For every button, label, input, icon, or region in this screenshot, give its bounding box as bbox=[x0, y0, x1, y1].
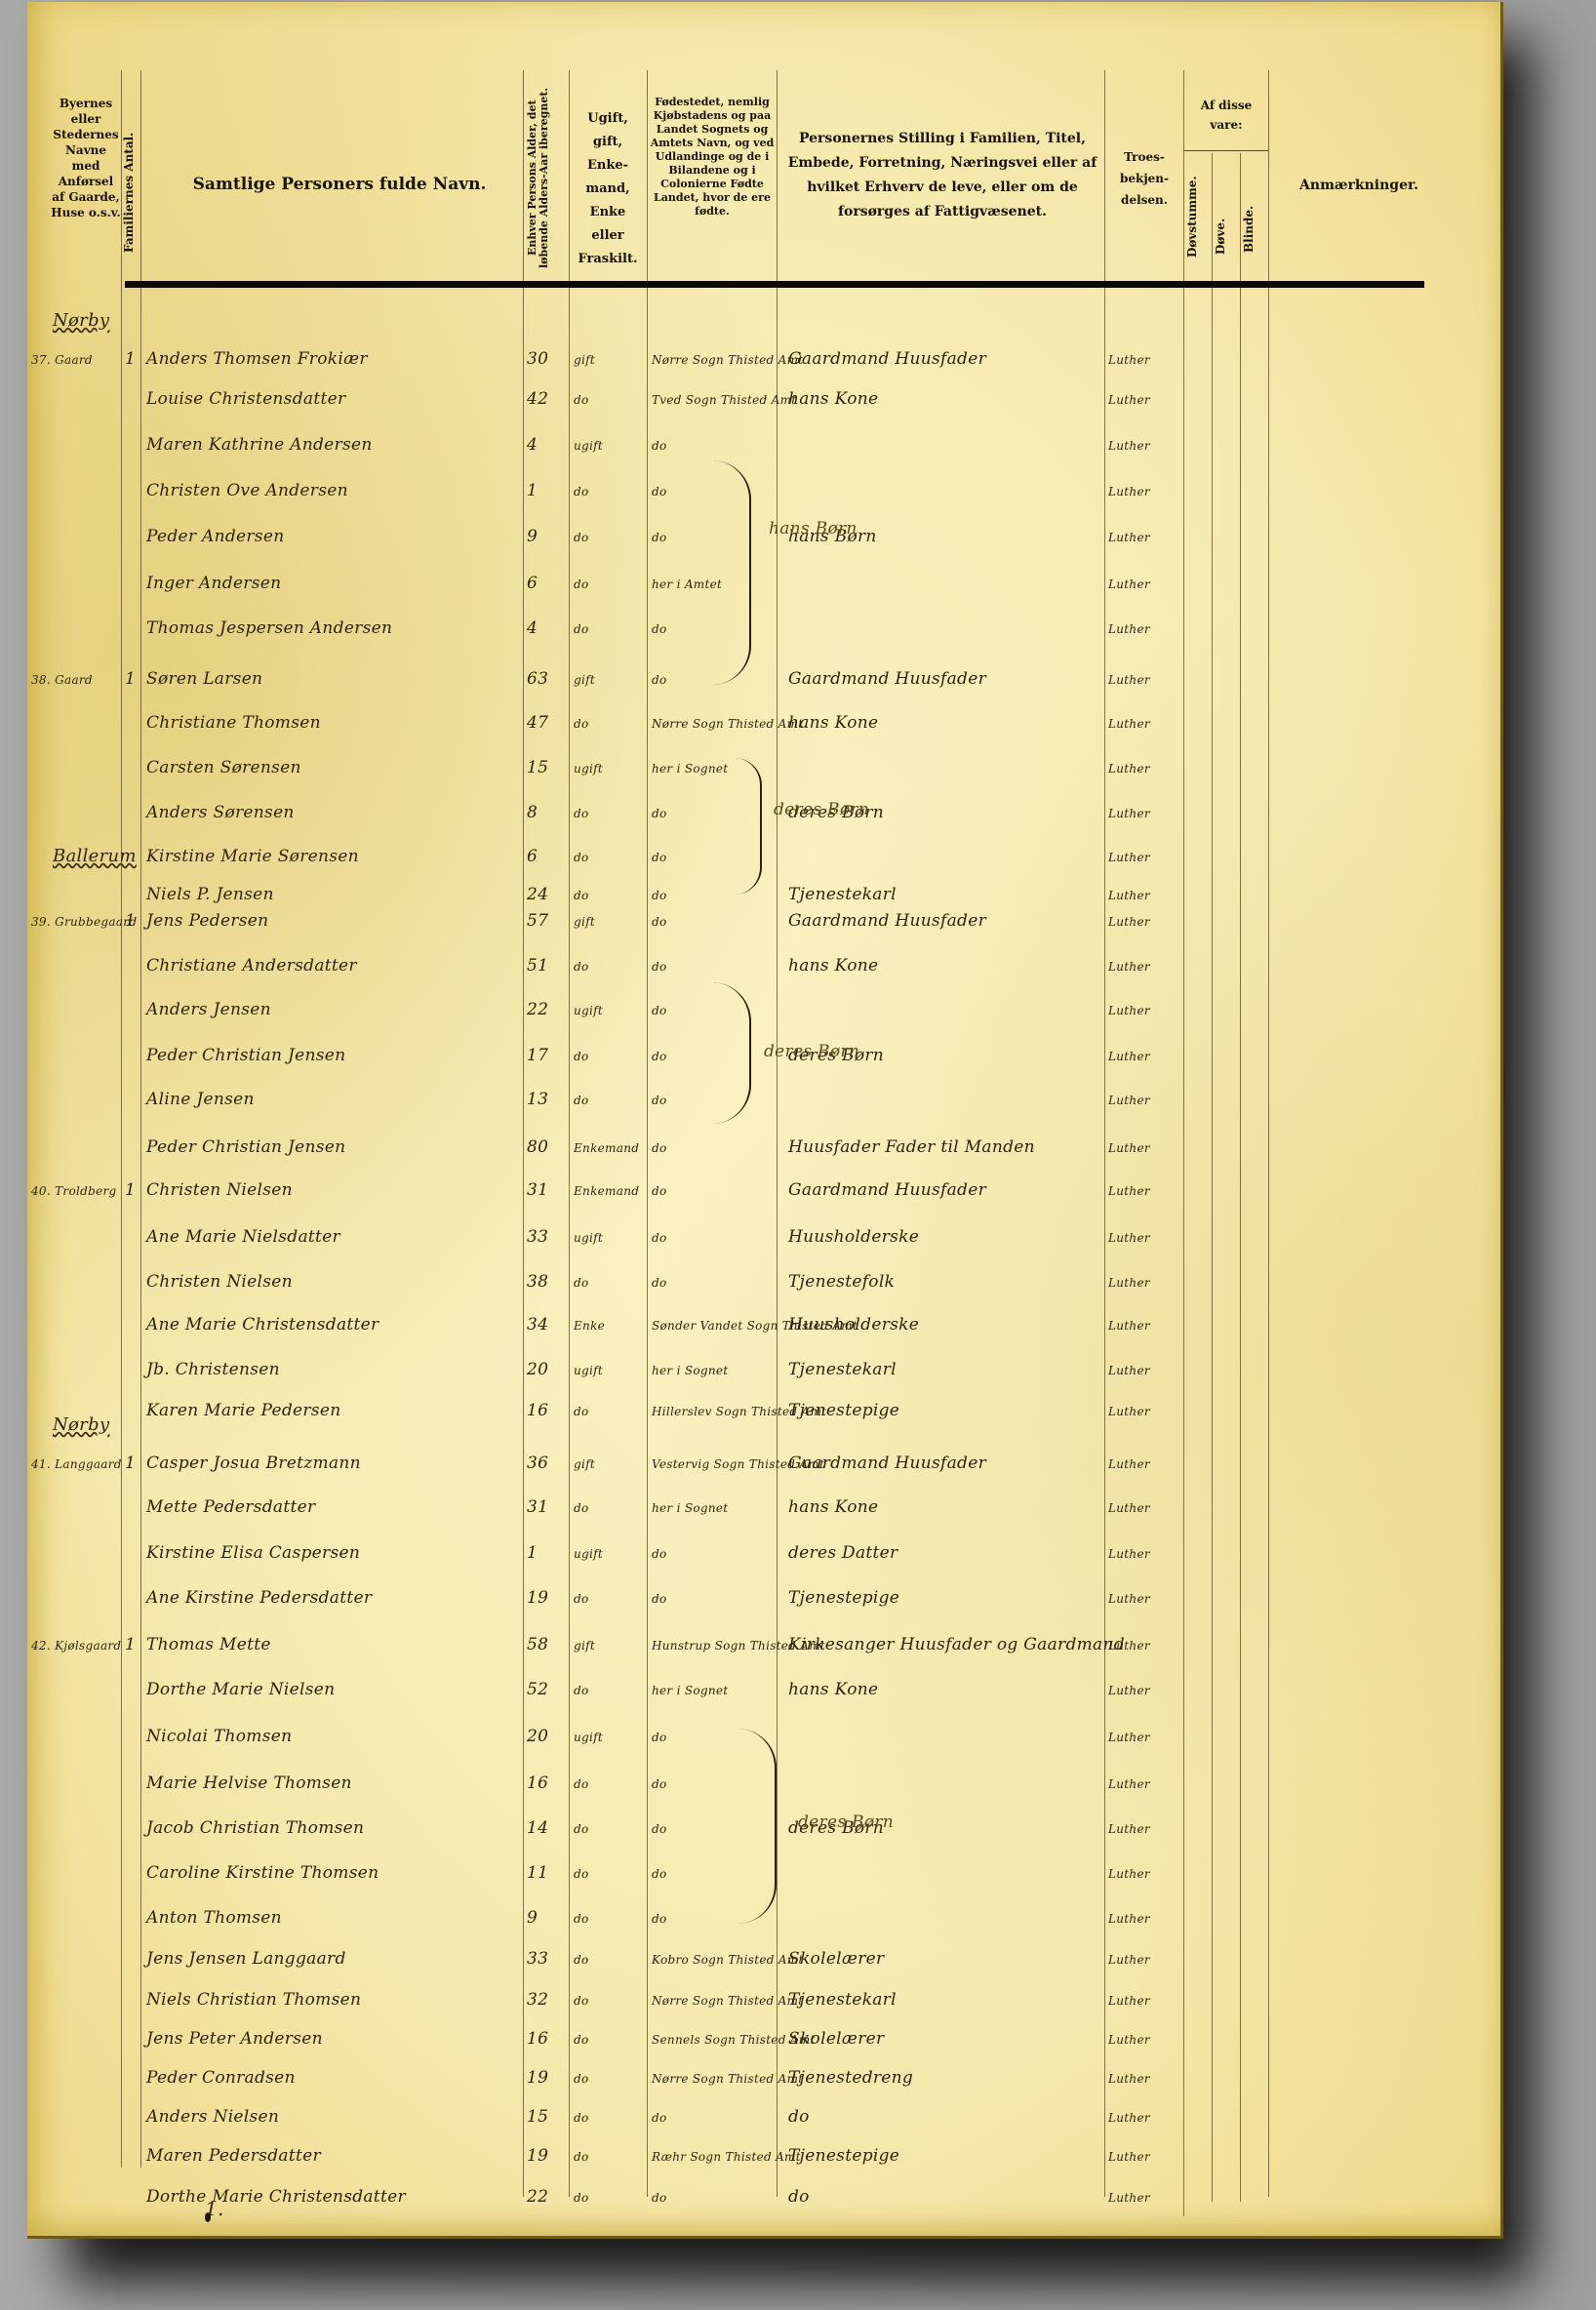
person-name: Anders Thomsen Frokiær bbox=[146, 349, 368, 369]
person-name: Dorthe Marie Christensdatter bbox=[146, 2187, 406, 2207]
marital-status: do bbox=[574, 1994, 589, 2008]
place-name: Nørby bbox=[53, 310, 109, 331]
marital-status: ugift bbox=[574, 1004, 603, 1017]
person-name: Kirstine Marie Sørensen bbox=[146, 847, 359, 866]
person-name: Jens Peter Andersen bbox=[146, 2029, 323, 2049]
person-age: 24 bbox=[527, 885, 548, 904]
birthplace: do bbox=[652, 1822, 667, 1836]
birthplace: do bbox=[652, 1050, 667, 1063]
rule-family-left bbox=[121, 70, 122, 2168]
birthplace: do bbox=[652, 622, 667, 636]
religion: Luther bbox=[1108, 1639, 1150, 1653]
family-count: 1 bbox=[125, 1180, 136, 1200]
person-age: 13 bbox=[527, 1090, 548, 1109]
person-name: Peder Andersen bbox=[146, 527, 284, 546]
religion: Luther bbox=[1108, 851, 1150, 864]
occupation: Gaardmand Huusfader bbox=[788, 1180, 986, 1200]
person-age: 16 bbox=[527, 1401, 548, 1420]
religion: Luther bbox=[1108, 353, 1150, 367]
religion: Luther bbox=[1108, 1184, 1150, 1198]
brace-children-38 bbox=[735, 758, 762, 895]
person-age: 1 bbox=[527, 481, 538, 500]
house-number: 41. Langgaard bbox=[31, 1457, 122, 1471]
occupation: Tjenestedreng bbox=[788, 2068, 913, 2088]
rule-age-left bbox=[523, 70, 524, 2197]
birthplace: her i Sognet bbox=[652, 1501, 728, 1515]
person-age: 57 bbox=[527, 911, 548, 931]
religion: Luther bbox=[1108, 960, 1150, 974]
religion: Luther bbox=[1108, 762, 1150, 776]
religion: Luther bbox=[1108, 1094, 1150, 1107]
religion: Luther bbox=[1108, 1592, 1150, 1606]
person-age: 58 bbox=[527, 1635, 548, 1654]
marital-status: do bbox=[574, 1912, 589, 1926]
person-name: Christiane Andersdatter bbox=[146, 956, 357, 976]
occupation: Skolelærer bbox=[788, 1949, 884, 1969]
header-disabilities: Af disse vare: bbox=[1186, 96, 1266, 135]
person-name: Aline Jensen bbox=[146, 1090, 255, 1109]
occupation: hans Kone bbox=[788, 389, 878, 409]
religion: Luther bbox=[1108, 1141, 1150, 1155]
marital-status: do bbox=[574, 1592, 589, 1606]
occupation: Huusholderske bbox=[788, 1315, 919, 1334]
religion: Luther bbox=[1108, 807, 1150, 820]
person-age: 51 bbox=[527, 956, 548, 976]
person-age: 15 bbox=[527, 2107, 548, 2127]
religion: Luther bbox=[1108, 889, 1150, 902]
religion: Luther bbox=[1108, 531, 1150, 544]
person-name: Niels P. Jensen bbox=[146, 885, 274, 904]
birthplace: do bbox=[652, 1912, 667, 1926]
birthplace: do bbox=[652, 1777, 667, 1791]
person-name: Karen Marie Pedersen bbox=[146, 1401, 340, 1420]
person-name: Søren Larsen bbox=[146, 669, 262, 689]
person-name: Anton Thomsen bbox=[146, 1908, 282, 1928]
marital-status: gift bbox=[574, 1639, 595, 1653]
person-name: Jacob Christian Thomsen bbox=[146, 1818, 364, 1838]
person-name: Anders Sørensen bbox=[146, 803, 295, 822]
person-name: Peder Christian Jensen bbox=[146, 1046, 345, 1065]
marital-status: ugift bbox=[574, 1364, 603, 1377]
person-name: Inger Andersen bbox=[146, 574, 281, 593]
person-name: Thomas Mette bbox=[146, 1635, 271, 1654]
person-age: 14 bbox=[527, 1818, 548, 1838]
religion: Luther bbox=[1108, 1319, 1150, 1333]
birthplace: do bbox=[652, 960, 667, 974]
birthplace: do bbox=[652, 673, 667, 687]
person-age: 15 bbox=[527, 758, 548, 777]
person-name: Kirstine Elisa Caspersen bbox=[146, 1543, 360, 1563]
religion: Luther bbox=[1108, 2072, 1150, 2086]
header-family-count: Familiernes Antal. bbox=[123, 119, 139, 265]
person-age: 17 bbox=[527, 1046, 548, 1065]
religion: Luther bbox=[1108, 1276, 1150, 1290]
marital-status: do bbox=[574, 531, 589, 544]
header-religion: Troes-bekjen-delsen. bbox=[1110, 146, 1178, 211]
occupation: hans Kone bbox=[788, 1680, 878, 1699]
person-name: Anders Nielsen bbox=[146, 2107, 279, 2127]
marital-status: do bbox=[574, 807, 589, 820]
birthplace: Kobro Sogn Thisted Amt bbox=[652, 1953, 804, 1967]
person-name: Christen Nielsen bbox=[146, 1180, 293, 1200]
occupation: Huusholderske bbox=[788, 1227, 919, 1247]
person-age: 4 bbox=[527, 435, 538, 455]
person-age: 19 bbox=[527, 1588, 548, 1608]
religion: Luther bbox=[1108, 1994, 1150, 2008]
birthplace: do bbox=[652, 1231, 667, 1245]
religion: Luther bbox=[1108, 1231, 1150, 1245]
person-age: 8 bbox=[527, 803, 538, 822]
person-age: 16 bbox=[527, 1773, 548, 1793]
birthplace: do bbox=[652, 1867, 667, 1881]
person-name: Jens Pedersen bbox=[146, 911, 268, 931]
religion: Luther bbox=[1108, 485, 1150, 498]
rule-remarks-left bbox=[1268, 70, 1269, 2197]
header-age: Enhver Persons Alder, det løbende Alders… bbox=[527, 80, 566, 275]
marital-status: gift bbox=[574, 353, 595, 367]
marital-status: gift bbox=[574, 1457, 595, 1471]
marital-status: do bbox=[574, 622, 589, 636]
person-age: 6 bbox=[527, 574, 538, 593]
religion: Luther bbox=[1108, 915, 1150, 929]
marital-status: gift bbox=[574, 915, 595, 929]
birthplace: do bbox=[652, 1592, 667, 1606]
header-remarks: Anmærkninger. bbox=[1281, 178, 1437, 194]
header-blind: Blinde. bbox=[1243, 192, 1266, 265]
person-age: 32 bbox=[527, 1990, 548, 2010]
person-age: 31 bbox=[527, 1180, 548, 1200]
occupation: Tjenestekarl bbox=[788, 885, 897, 904]
marital-status: ugift bbox=[574, 762, 603, 776]
birthplace: do bbox=[652, 439, 667, 453]
brace-label: deres Børn bbox=[764, 1042, 859, 1061]
person-name: Carsten Sørensen bbox=[146, 758, 301, 777]
person-name: Maren Pedersdatter bbox=[146, 2146, 321, 2166]
person-age: 36 bbox=[527, 1454, 548, 1473]
religion: Luther bbox=[1108, 1364, 1150, 1377]
occupation: do bbox=[788, 2187, 810, 2207]
rule-marital-left bbox=[569, 70, 570, 2197]
religion: Luther bbox=[1108, 1405, 1150, 1418]
birthplace: do bbox=[652, 1547, 667, 1561]
person-age: 22 bbox=[527, 2187, 548, 2207]
header-marital: Ugift, gift, Enke-mand, Enke eller Frask… bbox=[572, 107, 644, 271]
religion: Luther bbox=[1108, 439, 1150, 453]
occupation: Gaardmand Huusfader bbox=[788, 349, 986, 369]
rule-deafmute-left bbox=[1183, 70, 1184, 2216]
person-name: Ane Marie Christensdatter bbox=[146, 1315, 379, 1334]
occupation: Skolelærer bbox=[788, 2029, 884, 2049]
occupation: hans Kone bbox=[788, 1497, 878, 1517]
birthplace: her i Sognet bbox=[652, 762, 728, 776]
person-age: 31 bbox=[527, 1497, 548, 1517]
occupation: Tjenestefolk bbox=[788, 1272, 895, 1292]
marital-status: do bbox=[574, 1405, 589, 1418]
brace-label: hans Børn bbox=[769, 519, 858, 538]
ink-blot bbox=[205, 2212, 211, 2222]
person-age: 34 bbox=[527, 1315, 548, 1334]
person-age: 20 bbox=[527, 1360, 548, 1379]
marital-status: ugift bbox=[574, 1731, 603, 1744]
person-name: Louise Christensdatter bbox=[146, 389, 345, 409]
brace-label: deres Børn bbox=[798, 1812, 894, 1832]
person-age: 42 bbox=[527, 389, 548, 409]
birthplace: do bbox=[652, 2111, 667, 2125]
person-age: 38 bbox=[527, 1272, 548, 1292]
brace-label: deres Børn bbox=[774, 800, 869, 819]
header-bottom-rule bbox=[125, 281, 1424, 288]
religion: Luther bbox=[1108, 2150, 1150, 2164]
person-age: 19 bbox=[527, 2146, 548, 2166]
birthplace: do bbox=[652, 851, 667, 864]
occupation: do bbox=[788, 2107, 810, 2127]
person-name: Jb. Christensen bbox=[146, 1360, 280, 1379]
house-number: 42. Kjølsgaard bbox=[31, 1639, 121, 1653]
religion: Luther bbox=[1108, 1004, 1150, 1017]
birthplace: do bbox=[652, 889, 667, 902]
person-age: 16 bbox=[527, 2029, 548, 2049]
birthplace: Nørre Sogn Thisted Amt bbox=[652, 1994, 803, 2008]
marital-status: do bbox=[574, 393, 589, 407]
census-page: Byernes eller Stedernes Navne med Anførs… bbox=[27, 2, 1503, 2239]
family-count: 1 bbox=[125, 1454, 136, 1473]
marital-status: ugift bbox=[574, 1231, 603, 1245]
birthplace: Tved Sogn Thisted Amt bbox=[652, 393, 796, 407]
marital-status: do bbox=[574, 2191, 589, 2205]
marital-status: do bbox=[574, 2033, 589, 2047]
person-age: 20 bbox=[527, 1727, 548, 1746]
marital-status: do bbox=[574, 1050, 589, 1063]
marital-status: do bbox=[574, 1501, 589, 1515]
house-number: 40. Troldberg bbox=[31, 1184, 116, 1198]
birthplace: Nørre Sogn Thisted Amt bbox=[652, 2072, 803, 2086]
person-name: Jens Jensen Langgaard bbox=[146, 1949, 346, 1969]
occupation: Tjenestekarl bbox=[788, 1990, 897, 2010]
person-name: Christen Ove Andersen bbox=[146, 481, 348, 500]
occupation: Kirkesanger Huusfader og Gaardmand bbox=[788, 1635, 1125, 1654]
header-birthplace: Fødestedet, nemlig Kjøbstadens og paa La… bbox=[650, 96, 775, 219]
marital-status: gift bbox=[574, 673, 595, 687]
birthplace: do bbox=[652, 1731, 667, 1744]
family-count: 1 bbox=[125, 349, 136, 369]
marital-status: Enkemand bbox=[574, 1141, 639, 1155]
person-name: Dorthe Marie Nielsen bbox=[146, 1680, 335, 1699]
occupation: Tjenestepige bbox=[788, 1401, 899, 1420]
religion: Luther bbox=[1108, 1731, 1150, 1744]
birthplace: do bbox=[652, 1141, 667, 1155]
religion: Luther bbox=[1108, 1822, 1150, 1836]
marital-status: Enkemand bbox=[574, 1184, 639, 1198]
person-name: Niels Christian Thomsen bbox=[146, 1990, 361, 2010]
person-age: 33 bbox=[527, 1949, 548, 1969]
person-age: 52 bbox=[527, 1680, 548, 1699]
rule-occupation-left bbox=[777, 70, 778, 2197]
house-number: 38. Gaard bbox=[31, 673, 93, 687]
marital-status: ugift bbox=[574, 1547, 603, 1561]
person-name: Mette Pedersdatter bbox=[146, 1497, 315, 1517]
marital-status: do bbox=[574, 1094, 589, 1107]
marital-status: do bbox=[574, 1822, 589, 1836]
person-name: Nicolai Thomsen bbox=[146, 1727, 292, 1746]
person-name: Caroline Kirstine Thomsen bbox=[146, 1863, 379, 1883]
marital-status: do bbox=[574, 1777, 589, 1791]
marital-status: Enke bbox=[574, 1319, 605, 1333]
occupation: hans Kone bbox=[788, 713, 878, 733]
family-count: 1 bbox=[125, 1635, 136, 1654]
birthplace: do bbox=[652, 1004, 667, 1017]
person-age: 63 bbox=[527, 669, 548, 689]
brace-children-42 bbox=[728, 1729, 777, 1924]
person-name: Ane Marie Nielsdatter bbox=[146, 1227, 340, 1247]
religion: Luther bbox=[1108, 1501, 1150, 1515]
occupation: Gaardmand Huusfader bbox=[788, 911, 986, 931]
person-name: Peder Conradsen bbox=[146, 2068, 296, 2088]
birthplace: do bbox=[652, 1276, 667, 1290]
religion: Luther bbox=[1108, 1684, 1150, 1697]
person-age: 19 bbox=[527, 2068, 548, 2088]
birthplace: Nørre Sogn Thisted Amt bbox=[652, 353, 803, 367]
religion: Luther bbox=[1108, 1867, 1150, 1881]
marital-status: do bbox=[574, 960, 589, 974]
marital-status: do bbox=[574, 1684, 589, 1697]
birthplace: her i Sognet bbox=[652, 1684, 728, 1697]
occupation: Tjenestepige bbox=[788, 2146, 899, 2166]
person-age: 11 bbox=[527, 1863, 548, 1883]
person-age: 4 bbox=[527, 618, 538, 638]
rule-names-left bbox=[140, 70, 141, 2168]
person-age: 30 bbox=[527, 349, 548, 369]
person-age: 33 bbox=[527, 1227, 548, 1247]
religion: Luther bbox=[1108, 2191, 1150, 2205]
header-occupation: Personernes Stilling i Familien, Titel, … bbox=[786, 127, 1098, 224]
religion: Luther bbox=[1108, 2033, 1150, 2047]
marital-status: do bbox=[574, 485, 589, 498]
marital-status: do bbox=[574, 717, 589, 731]
occupation: Tjenestekarl bbox=[788, 1360, 897, 1379]
brace-children-37 bbox=[710, 460, 751, 685]
religion: Luther bbox=[1108, 622, 1150, 636]
person-name: Casper Josua Bretzmann bbox=[146, 1454, 361, 1473]
birthplace: do bbox=[652, 1184, 667, 1198]
marital-status: do bbox=[574, 889, 589, 902]
person-age: 9 bbox=[527, 1908, 538, 1928]
rule-deaf-left bbox=[1212, 153, 1213, 2202]
religion: Luther bbox=[1108, 1050, 1150, 1063]
person-name: Marie Helvise Thomsen bbox=[146, 1773, 352, 1793]
religion: Luther bbox=[1108, 577, 1150, 591]
person-name: Anders Jensen bbox=[146, 1000, 271, 1019]
religion: Luther bbox=[1108, 2111, 1150, 2125]
rule-birthplace-left bbox=[647, 70, 648, 2197]
birthplace: Ræhr Sogn Thisted Amt bbox=[652, 2150, 801, 2164]
house-number: 37. Gaard bbox=[31, 353, 93, 367]
marital-status: do bbox=[574, 2072, 589, 2086]
birthplace: do bbox=[652, 485, 667, 498]
person-age: 47 bbox=[527, 713, 548, 733]
header-deaf: Døve. bbox=[1215, 207, 1238, 265]
marital-status: ugift bbox=[574, 439, 603, 453]
religion: Luther bbox=[1108, 1547, 1150, 1561]
person-name: Maren Kathrine Andersen bbox=[146, 435, 373, 455]
religion: Luther bbox=[1108, 1777, 1150, 1791]
person-age: 1 bbox=[527, 1543, 538, 1563]
birthplace: do bbox=[652, 2191, 667, 2205]
place-name: Ballerum bbox=[53, 846, 137, 866]
marital-status: do bbox=[574, 851, 589, 864]
birthplace: do bbox=[652, 1094, 667, 1107]
marital-status: do bbox=[574, 577, 589, 591]
marital-status: do bbox=[574, 2111, 589, 2125]
rule-disabilities-sub bbox=[1183, 150, 1268, 151]
occupation: Huusfader Fader til Manden bbox=[788, 1137, 1035, 1157]
occupation: Gaardmand Huusfader bbox=[788, 1454, 986, 1473]
birthplace: her i Sognet bbox=[652, 1364, 728, 1377]
rule-religion-left bbox=[1104, 70, 1105, 2197]
birthplace: do bbox=[652, 531, 667, 544]
occupation: deres Datter bbox=[788, 1543, 898, 1563]
person-age: 80 bbox=[527, 1137, 548, 1157]
person-age: 6 bbox=[527, 847, 538, 866]
person-name: Christen Nielsen bbox=[146, 1272, 293, 1292]
religion: Luther bbox=[1108, 393, 1150, 407]
religion: Luther bbox=[1108, 717, 1150, 731]
marital-status: do bbox=[574, 1276, 589, 1290]
house-number: 39. Grubbegaard bbox=[31, 915, 137, 929]
marital-status: do bbox=[574, 1953, 589, 1967]
religion: Luther bbox=[1108, 1953, 1150, 1967]
person-name: Thomas Jespersen Andersen bbox=[146, 618, 392, 638]
marital-status: do bbox=[574, 2150, 589, 2164]
occupation: hans Kone bbox=[788, 956, 878, 976]
brace-children-39 bbox=[710, 982, 751, 1124]
birthplace: do bbox=[652, 915, 667, 929]
marital-status: do bbox=[574, 1867, 589, 1881]
person-name: Ane Kirstine Pedersdatter bbox=[146, 1588, 372, 1608]
birthplace: Nørre Sogn Thisted Amt bbox=[652, 717, 803, 731]
religion: Luther bbox=[1108, 673, 1150, 687]
header-place-names: Byernes eller Stedernes Navne med Anførs… bbox=[51, 96, 121, 220]
header-deafmute: Døvstumme. bbox=[1186, 168, 1210, 265]
header-full-names: Samtlige Personers fulde Navn. bbox=[174, 174, 505, 195]
religion: Luther bbox=[1108, 1457, 1150, 1471]
person-name: Christiane Thomsen bbox=[146, 713, 321, 733]
person-name: Peder Christian Jensen bbox=[146, 1137, 345, 1157]
family-count: 1 bbox=[125, 911, 136, 931]
religion: Luther bbox=[1108, 1912, 1150, 1926]
place-name: Nørby bbox=[53, 1414, 109, 1435]
occupation: Tjenestepige bbox=[788, 1588, 899, 1608]
rule-blind-left bbox=[1240, 153, 1241, 2202]
person-age: 22 bbox=[527, 1000, 548, 1019]
occupation: Gaardmand Huusfader bbox=[788, 669, 986, 689]
birthplace: do bbox=[652, 807, 667, 820]
family-count: 1 bbox=[125, 669, 136, 689]
person-age: 9 bbox=[527, 527, 538, 546]
